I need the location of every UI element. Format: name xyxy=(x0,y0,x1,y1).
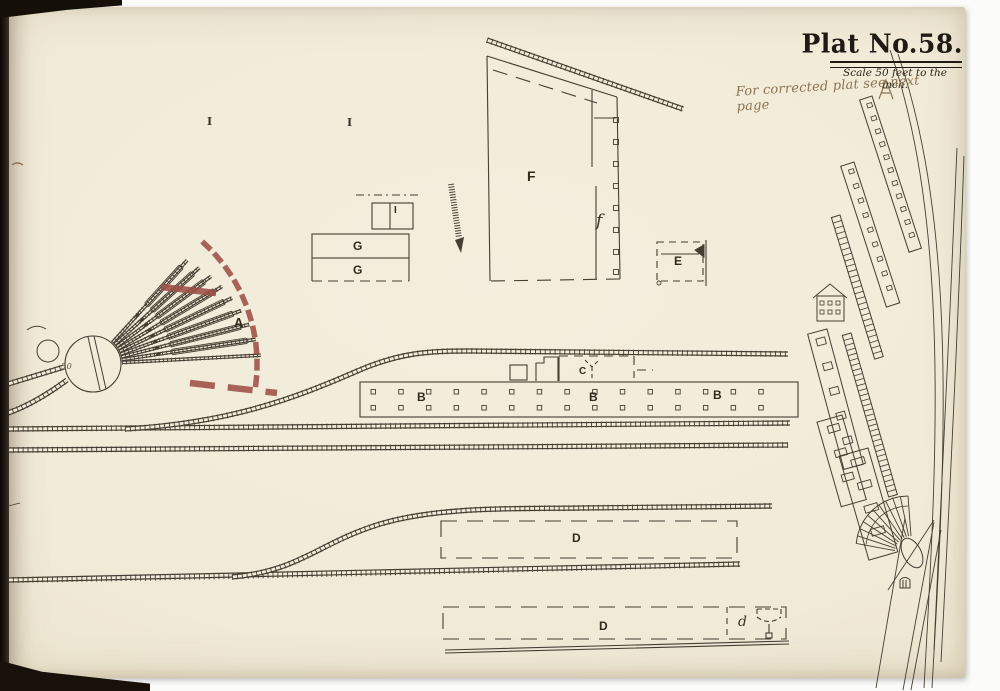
turntable-mark: 50 xyxy=(61,363,72,371)
label-building-g-1: G xyxy=(353,240,363,252)
label-freight-house-f: F xyxy=(527,169,536,183)
scanned-plat-page: Plat No.58. Scale 50 feet to the inch. F… xyxy=(0,0,1000,691)
label-shed-b-2: B xyxy=(589,391,598,403)
perspective-railyard-sketch xyxy=(808,50,964,690)
turntable xyxy=(8,163,121,506)
label-shed-b-1: B xyxy=(417,391,426,403)
label-building-g-2: G xyxy=(353,264,363,276)
label-building-i: I xyxy=(394,206,397,216)
book-binding-edge xyxy=(0,0,9,691)
label-platform-d-small: d xyxy=(738,615,747,629)
survey-mark-2: I xyxy=(347,117,353,128)
label-freight-wing-f: f xyxy=(596,213,602,230)
label-building-c: C xyxy=(579,367,587,377)
label-platform-d-2: D xyxy=(599,620,608,632)
label-engine-house-a: A xyxy=(234,316,244,329)
label-building-e: E xyxy=(674,255,683,267)
north-arrow-icon xyxy=(451,184,464,253)
label-shed-b-3: B xyxy=(713,389,722,401)
page-title: Plat No.58. xyxy=(801,28,963,59)
railroad-tracks xyxy=(8,40,790,580)
survey-mark-1: I xyxy=(207,116,213,127)
turntable-fan-tracks xyxy=(112,260,260,362)
label-platform-d-1: D xyxy=(572,532,581,544)
